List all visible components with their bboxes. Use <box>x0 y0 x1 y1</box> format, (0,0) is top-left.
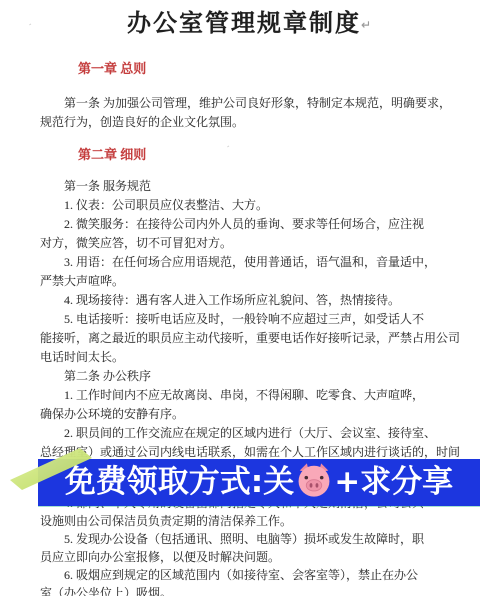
document-title: 办公室管理规章制度↵ <box>40 8 458 41</box>
document-line: 1. 仪表：公司职员应仪表整洁、大方。 <box>40 196 458 215</box>
document-line: 室（办公坐位上）吸烟。 <box>40 584 458 596</box>
document-line: 1. 工作时间内不应无故离岗、串岗，不得闲聊、吃零食、大声喧哗， <box>40 386 458 405</box>
document-line: 4. 现场接待：遇有客人进入工作场所应礼貌问、答，热情接待。 <box>40 291 458 310</box>
paragraph-block-3: 4. 部门、个人专用的设备由部门指定专人和个人定期清洁，公司公共设施则由公司保洁… <box>40 494 458 596</box>
document-line: 严禁大声喧哗。 <box>40 272 458 291</box>
document-page: 办公室管理规章制度↵ 第一章 总则 第一条 为加强公司管理，维护公司良好形象，特… <box>0 8 500 596</box>
document-line: 第一条 为加强公司管理，维护公司良好形象，特制定本规范，明确要求， <box>40 94 458 113</box>
paragraph-return-icon: ↵ <box>361 18 371 32</box>
document-line: 确保办公环境的安静有序。 <box>40 405 458 424</box>
document-line: 电话时间太长。 <box>40 348 458 367</box>
chapter-heading-2: 第二章 细则 <box>78 145 458 165</box>
paragraph-block-2: 第一条 服务规范1. 仪表：公司职员应仪表整洁、大方。2. 微笑服务：在接待公司… <box>40 177 458 481</box>
chapter-heading-1: 第一章 总则 <box>78 59 458 79</box>
document-line: 5. 发现办公设备（包括通讯、照明、电脑等）损坏或发生故障时，职 <box>40 530 458 548</box>
document-line: 5. 电话接听：接听电话应及时，一般铃响不应超过三声，如受话人不 <box>40 310 458 329</box>
document-line: 6. 吸烟应到规定的区域范围内（如接待室、会客室等），禁止在办公 <box>40 566 458 584</box>
document-line: 3. 用语：在任何场合应用语规范，使用普通话，语气温和，音量适中， <box>40 253 458 272</box>
promo-banner: 免费领取方式:关 +求分享 <box>38 459 480 506</box>
scan-artifact: ‚ <box>27 18 36 28</box>
pig-face-icon <box>295 461 333 499</box>
document-line: 第二条 办公秩序 <box>40 367 458 386</box>
document-line: 设施则由公司保洁员负责定期的清洁保养工作。 <box>40 512 458 530</box>
document-line: 员应立即向办公室报修，以便及时解决问题。 <box>40 548 458 566</box>
banner-text-after: +求分享 <box>334 464 453 500</box>
document-line: 2. 职员间的工作交流应在规定的区域内进行（大厅、会议室、接待室、 <box>40 424 458 443</box>
paragraph-block-1: 第一条 为加强公司管理，维护公司良好形象，特制定本规范，明确要求，规范行为，创造… <box>40 94 458 132</box>
document-line: 能接听，离之最近的职员应主动代接听，重要电话作好接听记录，严禁占用公司 <box>40 329 458 348</box>
banner-text: 免费领取方式:关 +求分享 <box>65 459 453 506</box>
document-line: 2. 微笑服务：在接待公司内外人员的垂询、要求等任何场合，应注视 <box>40 215 458 234</box>
document-line: 规范行为，创造良好的企业文化氛围。 <box>40 113 458 132</box>
document-line: 第一条 服务规范 <box>40 177 458 196</box>
document-title-text: 办公室管理规章制度 <box>127 11 361 37</box>
document-line: 对方，微笑应答，切不可冒犯对方。 <box>40 234 458 253</box>
banner-text-before: 免费领取方式:关 <box>65 464 294 500</box>
